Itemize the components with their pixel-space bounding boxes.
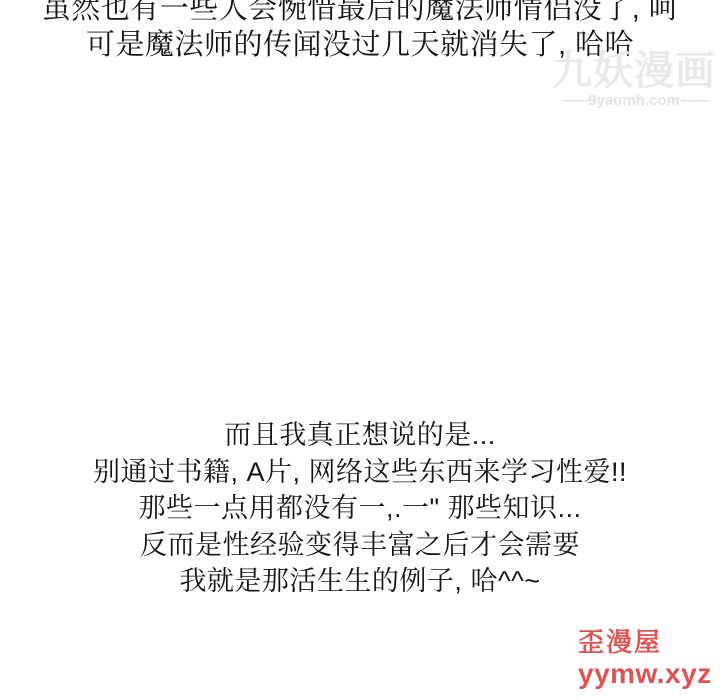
watermark-9yaomh-url: 9yaomh.com bbox=[588, 93, 680, 109]
dialogue-middle-line-4: 反而是性经验变得丰富之后才会需要 bbox=[0, 527, 720, 564]
comic-page: 虽然也有一些人会惋惜最后的魔法师情侣没了, 呵 可是魔法师的传闻没过几天就消失了… bbox=[0, 0, 720, 700]
dialogue-top-line-1: 虽然也有一些人会惋惜最后的魔法师情侣没了, 呵 bbox=[0, 0, 720, 27]
dialogue-middle-block: 而且我真正想说的是... 别通过书籍, A片, 网络这些东西来学习性爱!! 那些… bbox=[0, 417, 720, 600]
watermark-dash-left: —— bbox=[561, 93, 587, 109]
watermark-dash-right: —— bbox=[681, 93, 707, 109]
watermark-9yaomh-url-row: —— 9yaomh.com —— bbox=[552, 93, 716, 109]
dialogue-middle-line-3: 那些一点用都没有一,.一" 那些知识... bbox=[0, 490, 720, 527]
dialogue-middle-line-2: 别通过书籍, A片, 网络这些东西来学习性爱!! bbox=[0, 454, 720, 491]
watermark-yymw-sitename: 歪漫屋 bbox=[578, 627, 712, 657]
watermark-9yaomh-sitename: 九妖漫画 bbox=[552, 49, 716, 93]
watermark-yymw: 歪漫屋 yymw.xyz bbox=[578, 627, 712, 691]
watermark-yymw-url: yymw.xyz bbox=[578, 657, 712, 691]
dialogue-middle-line-5: 我就是那活生生的例子, 哈^^~ bbox=[0, 563, 720, 600]
dialogue-middle-line-1: 而且我真正想说的是... bbox=[0, 417, 720, 454]
watermark-9yaomh: 九妖漫画 —— 9yaomh.com —— bbox=[552, 49, 716, 109]
